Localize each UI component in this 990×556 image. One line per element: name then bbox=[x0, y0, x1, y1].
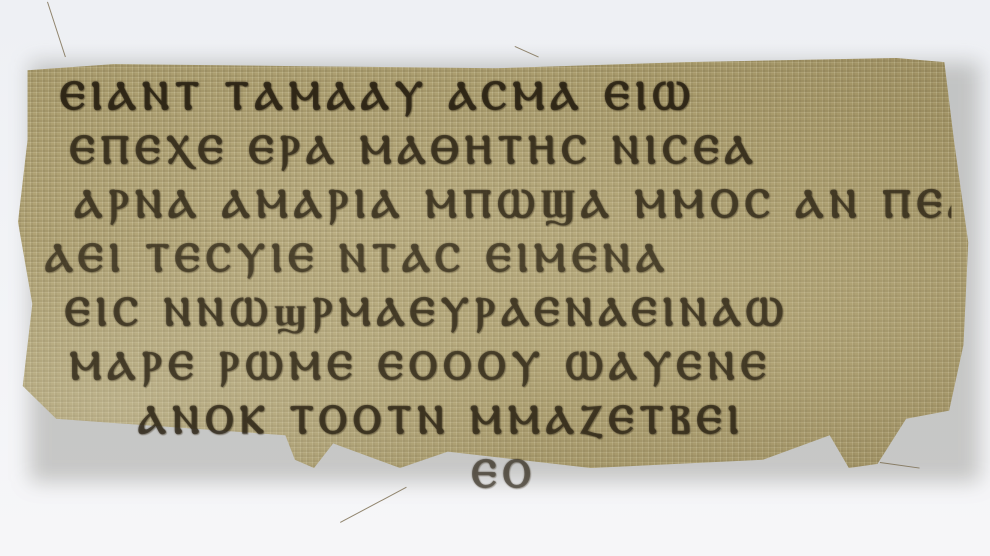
text-line-7: ⲀⲚⲞⲔ ⲦⲞⲞⲦⲚ ⲘⲘⲀⲌⲈⲦⲂⲈⲒ bbox=[40, 394, 951, 446]
photo-scene: ⲈⲒⲀⲚⲦ ⲦⲀⲘⲀⲀⲨ ⲀⲤⲘⲀ ⲈⲒⲰ ⲈⲠⲈⲬⲈ ⲈⲢⲀ ⲘⲀⲐⲎⲦⲎⲤ … bbox=[0, 0, 990, 556]
loose-fiber-top-left bbox=[47, 2, 66, 57]
text-line-4: ⲀⲈⲒ ⲦⲈⲤⲨⲒⲈ ⲚⲦⲀⲤ ⲈⲒⲘⲈⲚⲀ bbox=[40, 232, 951, 284]
text-line-2: ⲈⲠⲈⲬⲈ ⲈⲢⲀ ⲘⲀⲐⲎⲦⲎⲤ ⲚⲒⲤⲈⲀ bbox=[40, 124, 951, 176]
text-line-8: ⲈⲞ bbox=[40, 448, 951, 500]
text-line-5: ⲈⲒⲤ ⲚⲚⲰϣⲢⲘⲀⲈⲨⲢⲀⲈⲚⲀⲈⲒⲚⲀⲰ bbox=[40, 286, 951, 338]
text-line-6: ⲘⲀⲢⲈ ⲢⲰⲘⲈ ⲈⲞⲞⲞⲨ ⲰⲀⲨⲈⲚⲈ bbox=[40, 340, 951, 392]
loose-fiber-top-center bbox=[515, 46, 539, 57]
text-line-3: ⲀⲢⲚⲀ ⲀⲘⲀⲢⲒⲀ ⲘⲠⲰϢⲀ ⲘⲘⲞⲤ ⲀⲚ ⲠⲈⲀ bbox=[40, 178, 951, 230]
coptic-text-block: ⲈⲒⲀⲚⲦ ⲦⲀⲘⲀⲀⲨ ⲀⲤⲘⲀ ⲈⲒⲰ ⲈⲠⲈⲬⲈ ⲈⲢⲀ ⲘⲀⲐⲎⲦⲎⲤ … bbox=[40, 70, 970, 500]
text-line-1: ⲈⲒⲀⲚⲦ ⲦⲀⲘⲀⲀⲨ ⲀⲤⲘⲀ ⲈⲒⲰ bbox=[40, 70, 951, 122]
